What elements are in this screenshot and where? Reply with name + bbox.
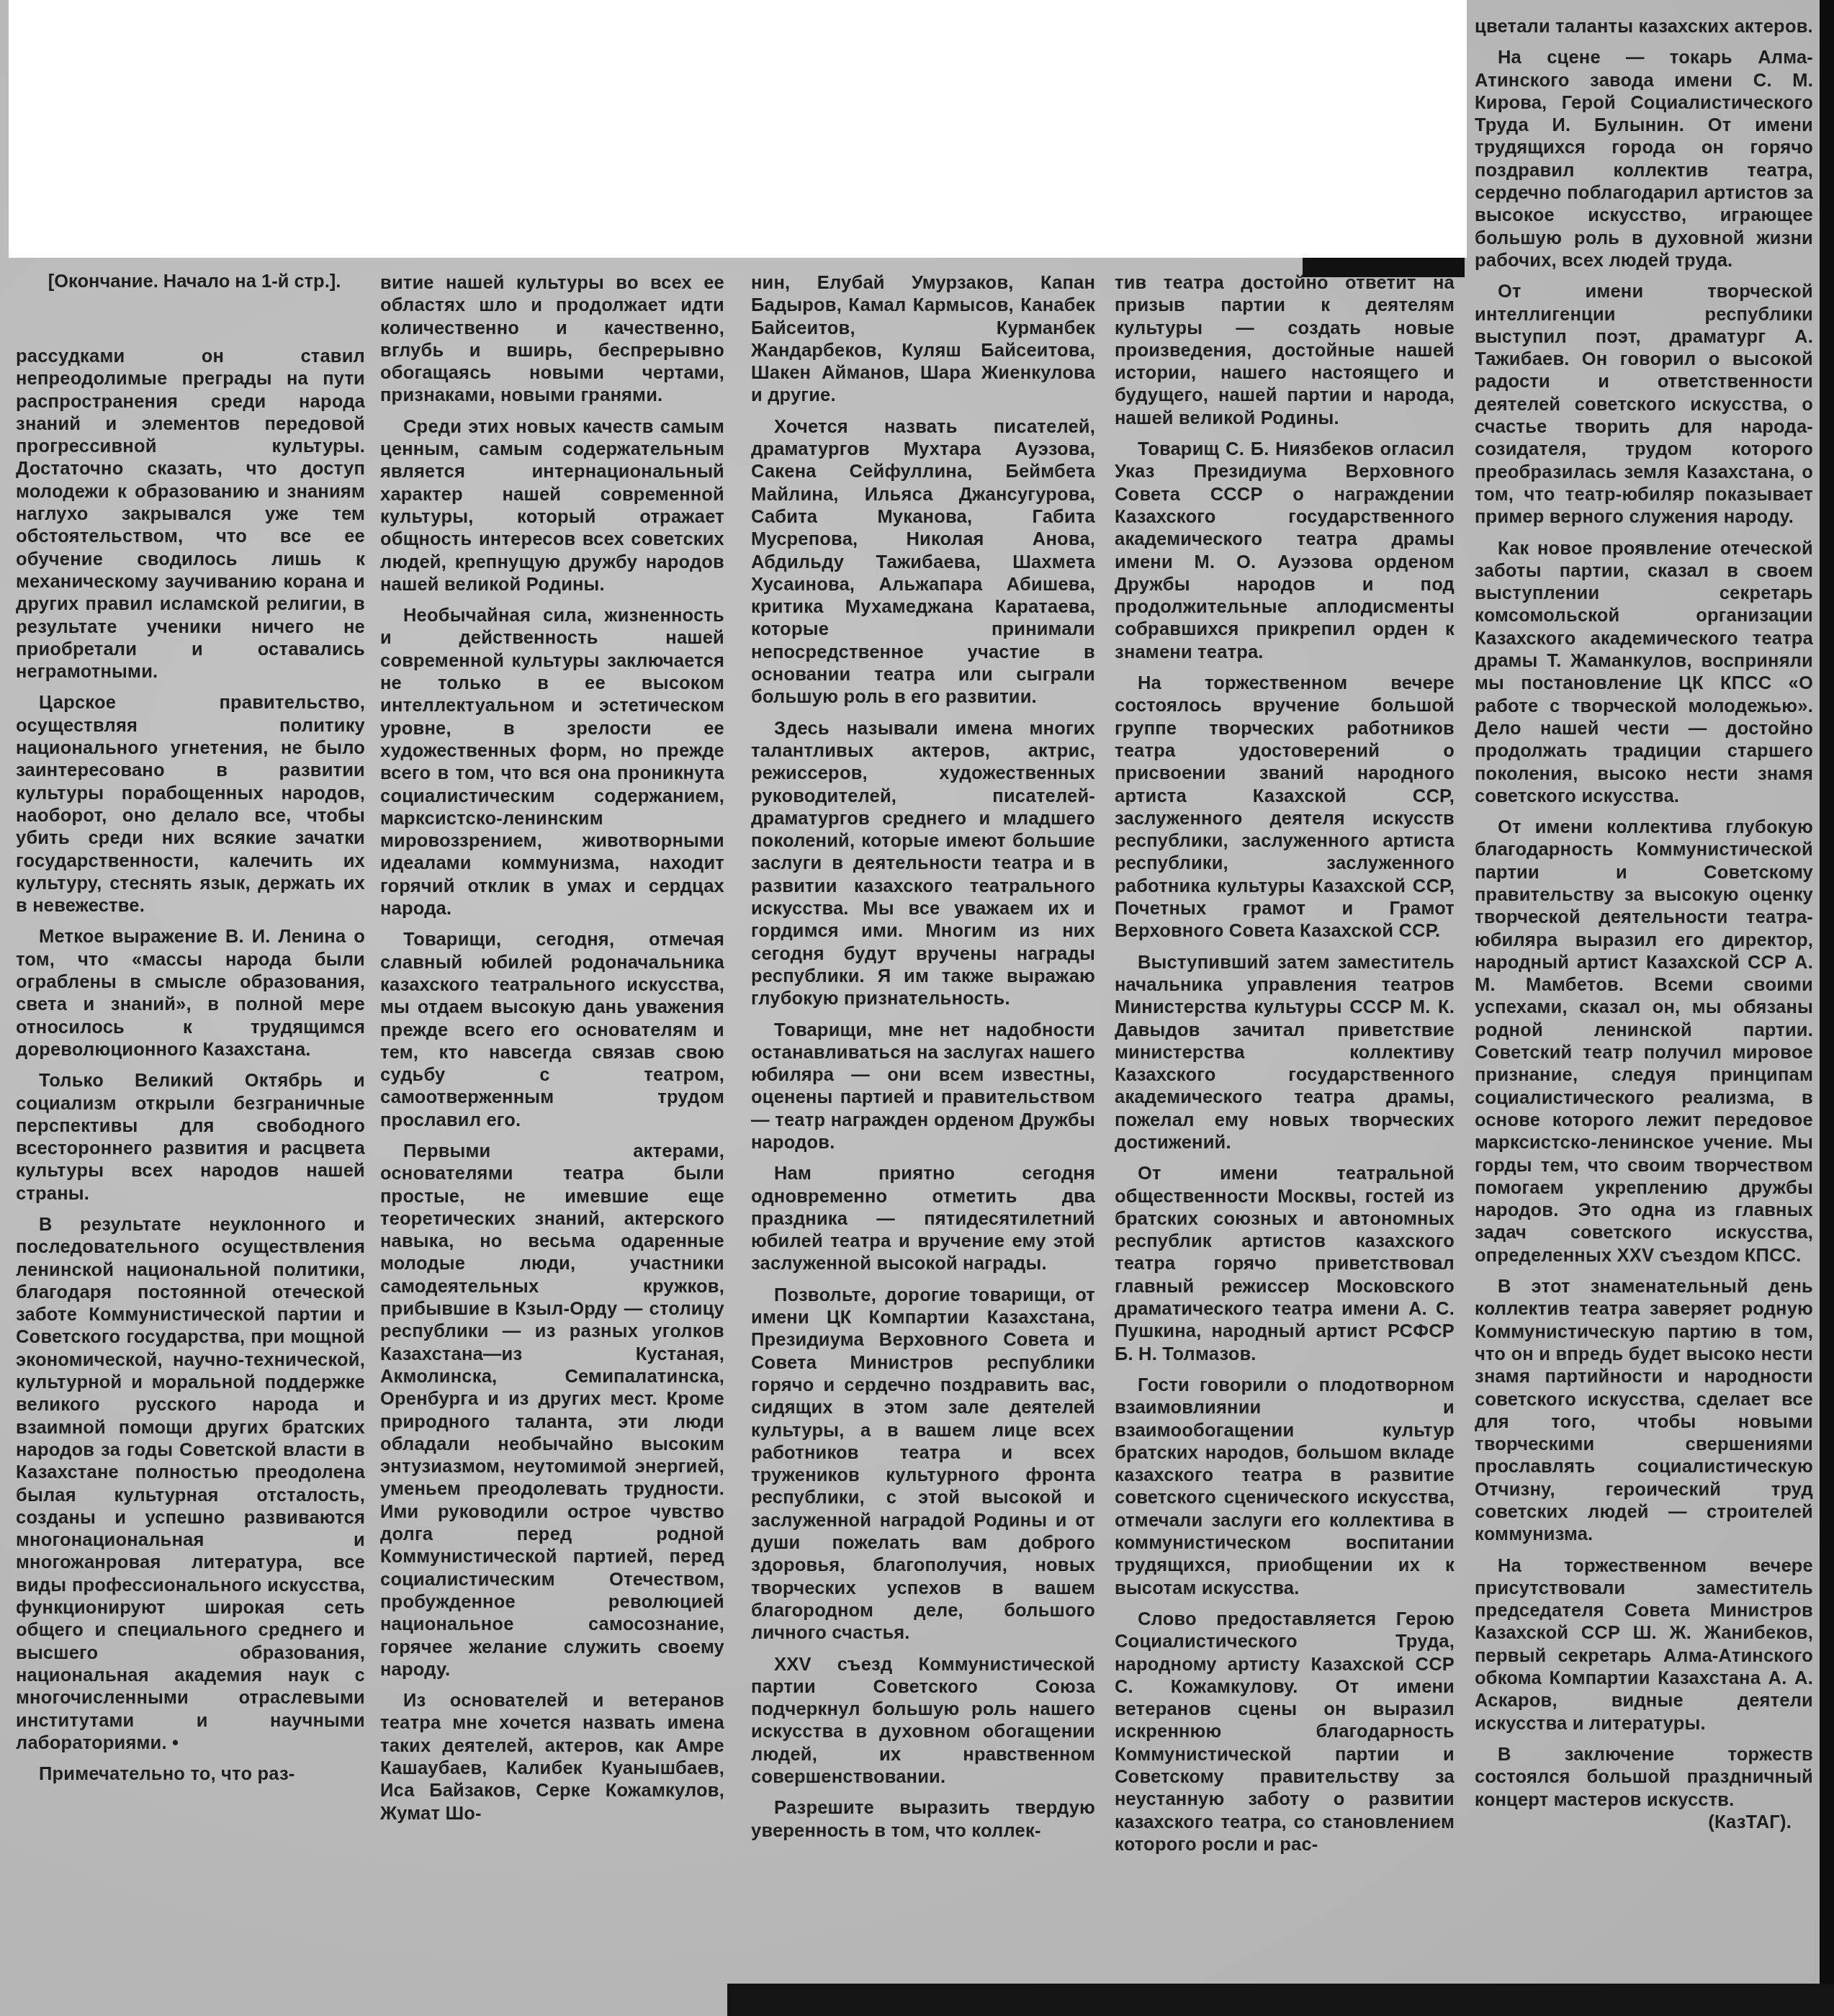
paragraph: Хочется назвать писателей, драматургов М… [751,416,1095,709]
scan-edge-bottom [727,1984,1834,2016]
paragraph: Здесь называли имена многих талантливых … [751,718,1095,1011]
paragraph: Позвольте, дорогие товарищи, от имени ЦК… [751,1284,1095,1645]
paragraph: Среди этих новых качеств самым ценным, с… [380,416,724,596]
paragraph: Нам приятно сегодня одновременно отметит… [751,1163,1095,1275]
paragraph: Как новое проявление отеческой заботы па… [1475,538,1813,809]
paragraph: XXV съезд Коммунистической партии Советс… [751,1654,1095,1789]
paragraph: Товарищи, мне нет надобности останавлива… [751,1020,1095,1155]
paragraph: Разрешите выразить твердую уверенность в… [751,1797,1095,1842]
paragraph: Выступивший затем заместитель начальника… [1115,952,1455,1155]
scan-edge-right [1820,0,1834,2016]
paragraph: витие нашей культуры во всех ее областях… [380,272,724,408]
paragraph: В результате неуклонного и последователь… [16,1214,365,1755]
continuation-note: [Окончание. Начало на 1-й стр.]. [43,270,346,293]
paragraph: На сцене — токарь Алма-Атинского завода … [1475,47,1813,272]
article-column-2: витие нашей культуры во всех ее областях… [380,272,724,1825]
paragraph: Первыми актерами, основателями театра бы… [380,1140,724,1681]
agency-signoff: (КазТАГ). [1475,1812,1813,1834]
paragraph: Слово предоставляется Герою Социалистиче… [1115,1608,1455,1856]
paragraph: цветали таланты казахских актеров. [1475,16,1813,38]
paragraph: На торжественном вечере состоялось вруче… [1115,672,1455,943]
paragraph: нин, Елубай Умурзаков, Капан Бадыров, Ка… [751,272,1095,408]
blank-cutout-area [9,0,1467,258]
paragraph: Из основателей и ветеранов театра мне хо… [380,1690,724,1825]
paragraph: На торжественном вечере присутствовали з… [1475,1555,1813,1735]
article-column-5: цветали таланты казахских актеров. На сц… [1475,16,1813,1842]
paragraph: От имени творческой интеллигенции респуб… [1475,281,1813,528]
paragraph: Примечательно то, что раз- [16,1763,365,1786]
article-column-4: тив театра достойно ответит на призыв па… [1115,272,1455,1856]
paragraph: Царское правительство, осуществляя полит… [16,692,365,917]
paragraph: В заключение торжеств состоялся большой … [1475,1744,1813,1812]
paragraph: От имени коллектива глубокую благодарнос… [1475,816,1813,1267]
paragraph: Меткое выражение В. И. Ленина о том, что… [16,926,365,1061]
paragraph: рассудками он ставил непреодолимые прегр… [16,346,365,683]
article-column-1: рассудками он ставил непреодолимые прегр… [16,346,365,1786]
paragraph: Товарищи, сегодня, отмечая славный юбиле… [380,929,724,1132]
paragraph: В этот знаменательный день коллектив теа… [1475,1276,1813,1547]
paragraph: Товарищ С. Б. Ниязбеков огласил Указ Пре… [1115,438,1455,664]
paragraph: Только Великий Октябрь и социализм откры… [16,1070,365,1205]
article-column-3: нин, Елубай Умурзаков, Капан Бадыров, Ка… [751,272,1095,1842]
paragraph: Необычайная сила, жизненность и действен… [380,605,724,920]
paragraph: От имени театральной общественности Моск… [1115,1163,1455,1366]
paragraph: тив театра достойно ответит на призыв па… [1115,272,1455,430]
paragraph: Гости говорили о плодотворном взаимовлия… [1115,1374,1455,1600]
